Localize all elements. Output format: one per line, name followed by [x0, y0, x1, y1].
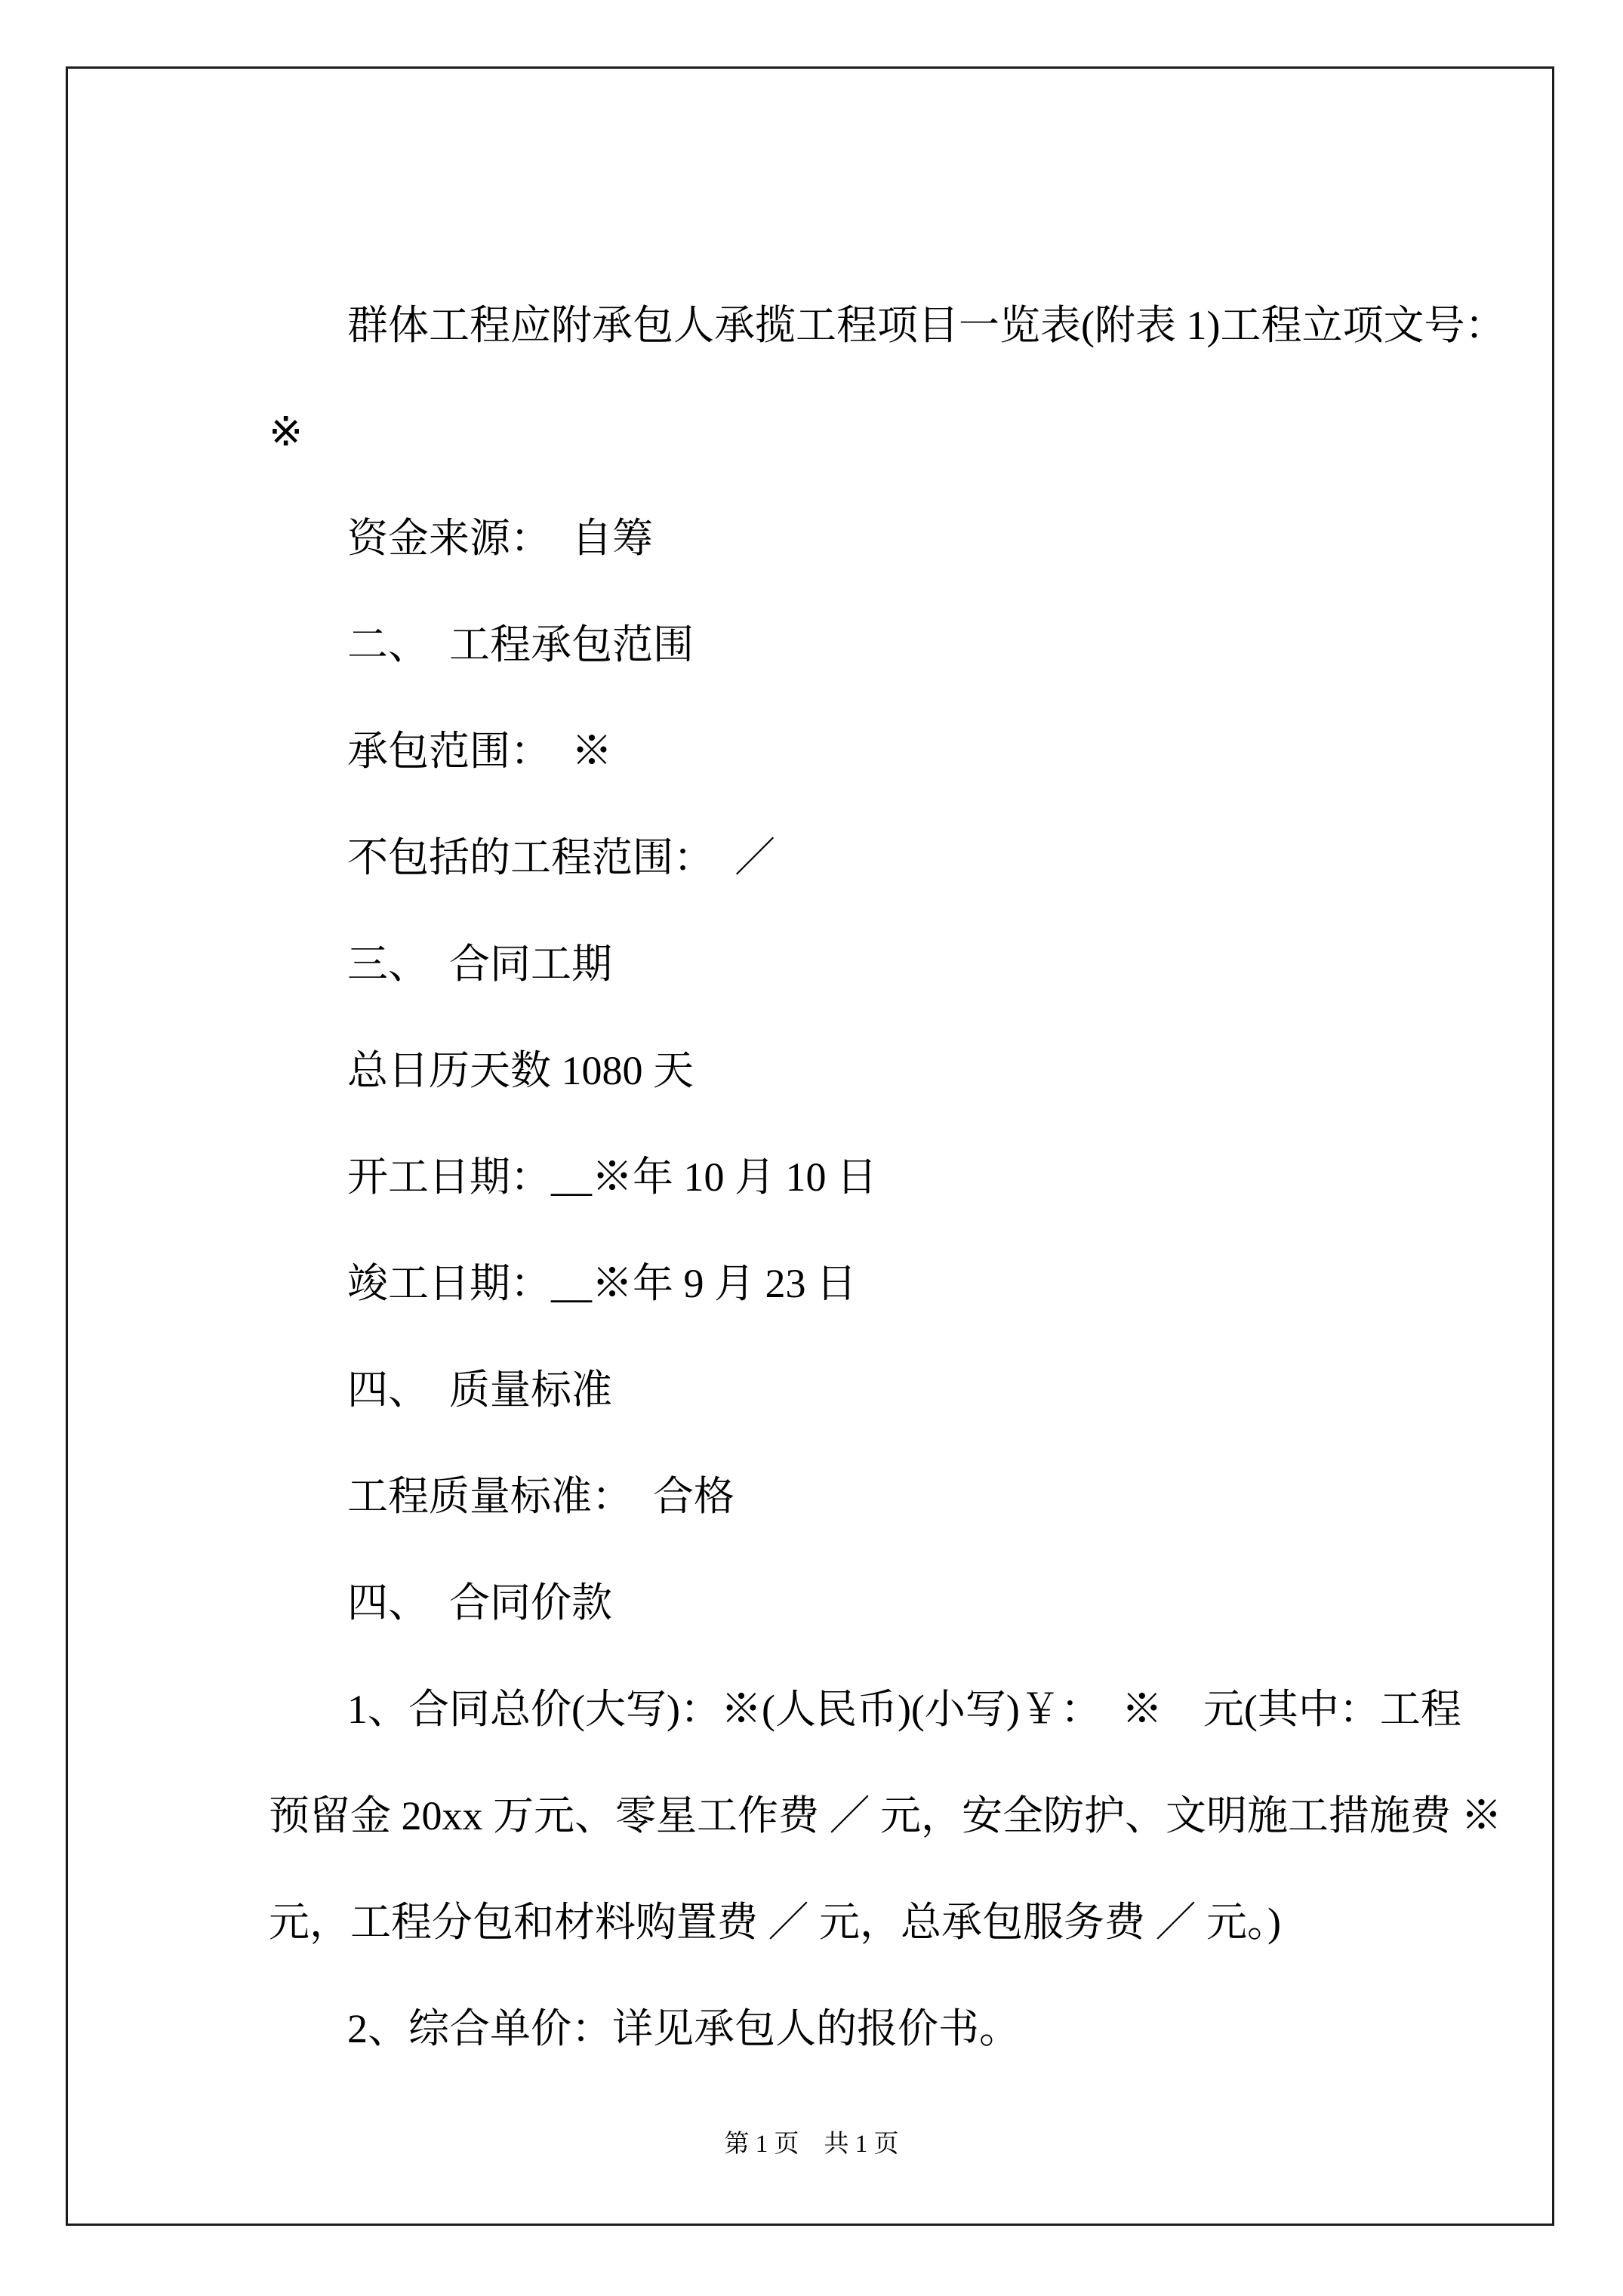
text-line: 元，工程分包和材料购置费 ／ 元，总承包服务费 ／ 元。): [269, 1869, 1575, 1976]
text-line: 1、合同总价(大写)：※(人民币)(小写)￥： ※ 元(其中：工程: [269, 1657, 1575, 1763]
text-line: 不包括的工程范围： ／: [269, 805, 1575, 911]
document-page: 群体工程应附承包人承揽工程项目一览表(附表 1)工程立项文号： ※ 资金来源： …: [0, 0, 1623, 2296]
text-line: 2、综合单价：详见承包人的报价书。: [269, 1976, 1575, 2082]
text-line: 资金来源： 自筹: [269, 485, 1575, 592]
text-line: 承包范围： ※: [269, 698, 1575, 805]
text-line: 竣工日期：__※年 9 月 23 日: [269, 1231, 1575, 1337]
text-line: 三、 合同工期: [269, 911, 1575, 1018]
page-number-footer: 第 1 页 共 1 页: [0, 2122, 1623, 2167]
text-line: 工程质量标准： 合格: [269, 1444, 1575, 1550]
page-border-frame: 群体工程应附承包人承揽工程项目一览表(附表 1)工程立项文号： ※ 资金来源： …: [66, 66, 1554, 2226]
text-line: 四、 合同价款: [269, 1550, 1575, 1657]
text-line: 预留金 20xx 万元、零星工作费 ／ 元，安全防护、文明施工措施费 ※: [269, 1763, 1575, 1869]
text-line: 开工日期：__※年 10 月 10 日: [269, 1124, 1575, 1231]
text-line: 二、 工程承包范围: [269, 592, 1575, 698]
text-line: ※: [269, 379, 1575, 485]
text-line: 总日历天数 1080 天: [269, 1018, 1575, 1124]
text-line: 四、 质量标准: [269, 1337, 1575, 1444]
document-body: 群体工程应附承包人承揽工程项目一览表(附表 1)工程立项文号： ※ 资金来源： …: [269, 273, 1575, 2082]
text-line: 群体工程应附承包人承揽工程项目一览表(附表 1)工程立项文号：: [269, 273, 1575, 379]
